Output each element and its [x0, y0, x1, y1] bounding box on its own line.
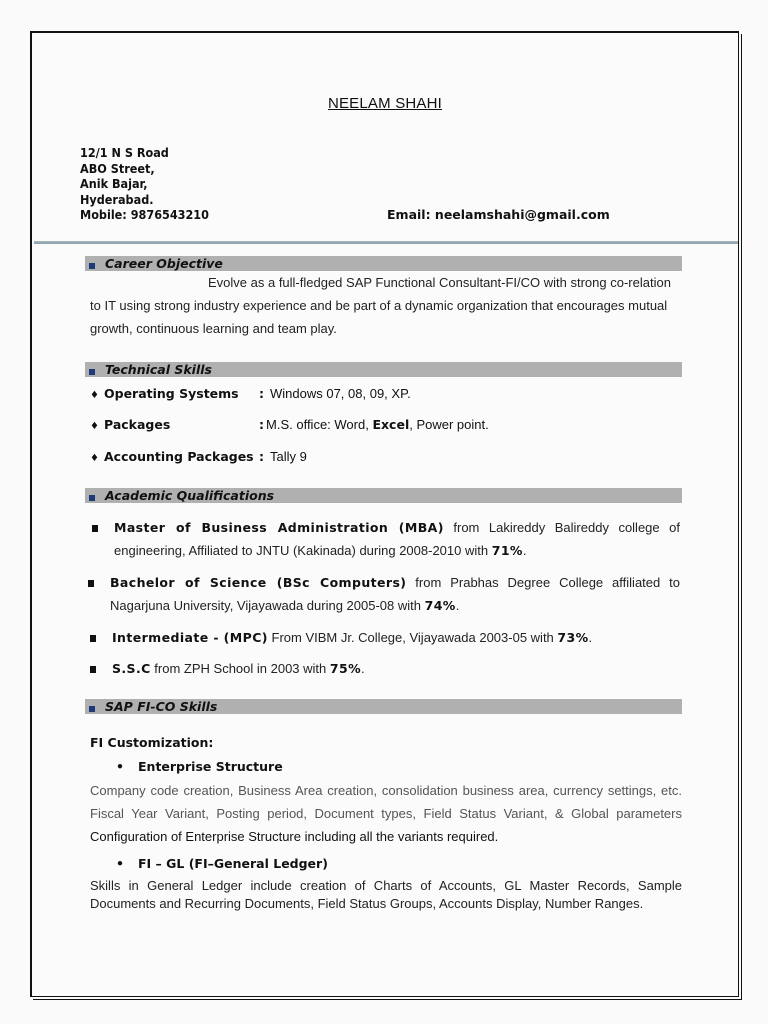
section-header-sap-skills: SAP FI-CO Skills [85, 699, 682, 714]
punct: . [589, 630, 593, 645]
degree-details: From VIBM Jr. College, Vijayawada 2003-0… [268, 630, 558, 645]
degree-percentage: 74% [425, 598, 456, 613]
skill-value-part: , Power point. [409, 417, 489, 432]
academic-item-bsc: Bachelor of Science (BSc Computers) from… [110, 571, 680, 617]
email-address: Email: neelamshahi@gmail.com [387, 207, 610, 222]
section-header-career-objective: Career Objective [85, 256, 682, 271]
skill-row-accounting-packages: ♦Accounting Packages:Tally 9 [90, 449, 307, 467]
skill-value: Tally 9 [270, 449, 307, 464]
degree-percentage: 71% [492, 543, 523, 558]
section-header-academic: Academic Qualifications [85, 488, 682, 503]
black-square-bullet-icon [90, 635, 96, 642]
mobile-number: Mobile: 9876543210 [80, 207, 209, 223]
section-title: Career Objective [105, 256, 223, 271]
square-bullet-icon [89, 263, 95, 269]
academic-item-ssc: S.S.C from ZPH School in 2003 with 75%. [112, 657, 682, 680]
header-divider [34, 241, 738, 244]
fi-gl-heading: •FI – GL (FI–General Ledger) [116, 856, 328, 871]
section-title: Technical Skills [105, 362, 212, 377]
address-line: 12/1 N S Road [80, 145, 209, 161]
section-title: Academic Qualifications [105, 488, 274, 503]
fi-gl-text: Skills in General Ledger include creatio… [90, 877, 682, 913]
skill-value-bold: Excel [372, 417, 409, 432]
black-square-bullet-icon [88, 580, 94, 587]
subheading-text: FI – GL (FI–General Ledger) [138, 856, 328, 871]
academic-item-mba: Master of Business Administration (MBA) … [114, 516, 680, 562]
enterprise-structure-config: Configuration of Enterprise Structure in… [90, 829, 498, 844]
address-line: Hyderabad. [80, 192, 209, 208]
address-block: 12/1 N S Road ABO Street, Anik Bajar, Hy… [80, 145, 209, 223]
degree-name: Intermediate - (MPC) [112, 630, 268, 645]
skill-value: M.S. office: Word, Excel, Power point. [266, 417, 489, 432]
fi-customization-heading: FI Customization: [90, 735, 213, 750]
skill-colon: : [259, 449, 264, 464]
candidate-name: NEELAM SHAHI [32, 95, 738, 112]
degree-name: Master of Business Administration (MBA) [114, 520, 444, 535]
black-square-bullet-icon [92, 525, 98, 532]
subheading-text: Enterprise Structure [138, 759, 283, 774]
diamond-bullet-icon: ♦ [90, 451, 104, 467]
skill-label: Packages [104, 417, 259, 433]
section-title: SAP FI-CO Skills [105, 699, 217, 714]
address-line: Anik Bajar, [80, 176, 209, 192]
skill-colon: : [259, 386, 264, 401]
resume-page: NEELAM SHAHI 12/1 N S Road ABO Street, A… [30, 31, 739, 997]
degree-name: S.S.C [112, 661, 151, 676]
skill-label: Operating Systems [104, 386, 259, 402]
enterprise-structure-details: Company code creation, Business Area cre… [90, 783, 682, 821]
address-line: ABO Street, [80, 161, 209, 177]
enterprise-structure-heading: •Enterprise Structure [116, 759, 283, 774]
degree-percentage: 73% [557, 630, 588, 645]
bullet-dot-icon: • [116, 856, 138, 871]
diamond-bullet-icon: ♦ [90, 388, 104, 404]
black-square-bullet-icon [90, 666, 96, 673]
square-bullet-icon [89, 706, 95, 712]
square-bullet-icon [89, 369, 95, 375]
section-header-technical-skills: Technical Skills [85, 362, 682, 377]
skill-row-operating-systems: ♦Operating Systems:Windows 07, 08, 09, X… [90, 386, 411, 404]
punct: . [456, 598, 460, 613]
square-bullet-icon [89, 495, 95, 501]
bullet-dot-icon: • [116, 759, 138, 774]
skill-label: Accounting Packages [104, 449, 259, 465]
enterprise-structure-text: Company code creation, Business Area cre… [90, 779, 682, 848]
punct: . [361, 661, 365, 676]
academic-item-intermediate: Intermediate - (MPC) From VIBM Jr. Colle… [112, 626, 682, 649]
degree-name: Bachelor of Science (BSc Computers) [110, 575, 406, 590]
career-objective-text: Evolve as a full-fledged SAP Functional … [90, 271, 682, 340]
degree-percentage: 75% [330, 661, 361, 676]
diamond-bullet-icon: ♦ [90, 419, 104, 435]
degree-details: from ZPH School in 2003 with [151, 661, 330, 676]
skill-value: Windows 07, 08, 09, XP. [270, 386, 411, 401]
skill-colon: : [259, 417, 264, 432]
skill-row-packages: ♦Packages:M.S. office: Word, Excel, Powe… [90, 417, 489, 435]
punct: . [523, 543, 527, 558]
skill-value-part: M.S. office: Word, [266, 417, 372, 432]
